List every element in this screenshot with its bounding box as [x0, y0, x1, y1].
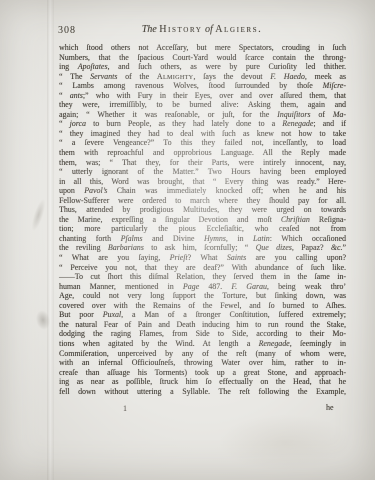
text-line: them, was; “ That they, for their Parts,… — [59, 158, 346, 168]
text-line: “ Lambs among ravenous Wolves, ſtood ſur… — [59, 81, 346, 91]
text-line: Age, could not very long ſupport the Tor… — [59, 291, 346, 301]
text-line: But poor Puxal, a Man of a ſtronger Conſ… — [59, 310, 346, 320]
page-crease — [47, 0, 54, 480]
text-line: Fellow-Sufferer were ordered to march wh… — [59, 196, 346, 206]
text-line: “ The Servants of the Almighty, ſays the… — [59, 72, 346, 82]
text-line: which ſtood others not Acceſſary, but me… — [59, 43, 346, 53]
text-line: tion; more particularly the pious Eccleſ… — [59, 224, 346, 234]
text-line: the natural Fear of Pain and Death induc… — [59, 320, 346, 330]
paper-blotch — [220, 415, 350, 470]
text-line: with an infernal Officiouſneſs, throwing… — [59, 358, 346, 368]
text-line: the Marine, expreſſing a ſingular Devoti… — [59, 215, 346, 225]
text-line: ing Apoſtates, and ſuch others, as were … — [59, 62, 346, 72]
catchword: he — [326, 403, 333, 412]
scan-edge-shading — [0, 0, 54, 480]
text-line: “ What are you ſaying, Prieſt? What Sain… — [59, 253, 346, 263]
running-header: The History of Algiers. — [58, 24, 346, 35]
text-line: again; “ Whether it was reaſonable, or j… — [59, 110, 346, 120]
book-page-scan: 308 The History of Algiers. which ſtood … — [0, 0, 375, 480]
text-line: upon Pavol’s Chain was immediately knock… — [59, 186, 346, 196]
body-text: which ſtood others not Acceſſary, but me… — [59, 43, 346, 396]
text-line: “ ants;” who with Fury in their Eyes, ov… — [59, 91, 346, 101]
text-line: Numbers, that the ſpacious Court-Yard wo… — [59, 53, 346, 63]
text-line: the reviling Barbarians to ask him, ſcor… — [59, 243, 346, 253]
text-line: “ they imagined they had to deal with ſu… — [59, 129, 346, 139]
text-line: human Manner, mentioned in Page 487. F. … — [59, 282, 346, 292]
text-line: Thus, attended by prodigious Multitudes,… — [59, 205, 346, 215]
text-line: covered over with the Remains of the Few… — [59, 301, 346, 311]
text-line: in all this, Word was brought, that “ Ev… — [59, 177, 346, 187]
text-line: them with reproachful and opprobrious La… — [59, 148, 346, 158]
text-line: Commiſeration, unperceived by any of the… — [59, 349, 346, 359]
text-line: “ a ſevere Vengeance?” To this they fail… — [59, 138, 346, 148]
page-number: 308 — [58, 25, 76, 36]
press-figure: 1 — [123, 404, 127, 413]
text-line: ing as near as poſſible, ſtruck him ſo e… — [59, 377, 346, 387]
text-line: they were, irremiſſibly, to be burned al… — [59, 100, 346, 110]
text-line: “ jorca to burn People, as they had late… — [59, 119, 346, 129]
text-line: dodging the raging Flames, from Side to … — [59, 329, 346, 339]
text-line: fell down without uttering a Syllable. T… — [59, 387, 346, 397]
page-header: 308 The History of Algiers. — [58, 24, 346, 38]
text-line: ——To cut ſhort this diſmal Relation, the… — [59, 272, 346, 282]
text-line: “ utterly ignorant of the Matter.” Two H… — [59, 167, 346, 177]
text-line: creaſe than aſſuage his Torments) took u… — [59, 368, 346, 378]
text-line: “ Perceive you not, that they are deaf?”… — [59, 263, 346, 273]
text-line: tions when agitated by the Wind. At leng… — [59, 339, 346, 349]
text-line: chanting forth Pſalms and Divine Hymns, … — [59, 234, 346, 244]
